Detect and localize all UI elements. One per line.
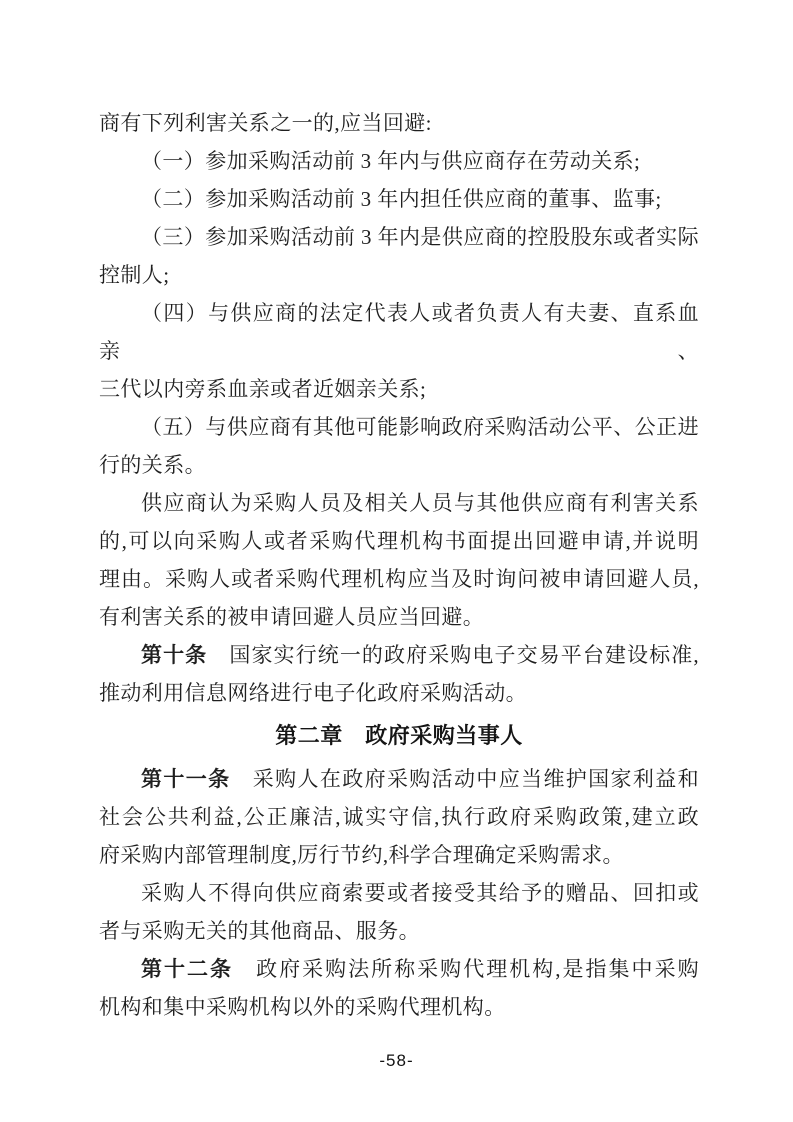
paragraph-line: 采购人不得向供应商索要或者接受其给予的赠品、回扣或 — [99, 874, 699, 912]
line-text: 商有下列利害关系之一的,应当回避: — [99, 111, 432, 135]
list-item-line: （一）参加采购活动前 3 年内与供应商存在劳动关系; — [99, 142, 699, 180]
text-line: 者与采购无关的其他商品、服务。 — [99, 912, 699, 950]
article-number: 第十二条 — [141, 957, 233, 981]
page-footer: -58- — [0, 1051, 793, 1071]
line-text: （四）与供应商的法定代表人或者负责人有夫妻、直系血亲、 — [99, 301, 699, 363]
article-line: 第十一条 采购人在政府采购活动中应当维护国家利益和 — [99, 760, 699, 798]
line-text: 行的关系。 — [99, 453, 206, 477]
line-text: 理由。采购人或者采购代理机构应当及时询问被申请回避人员, — [99, 567, 699, 591]
line-text: 机构和集中采购机构以外的采购代理机构。 — [99, 995, 506, 1019]
text-line: 理由。采购人或者采购代理机构应当及时询问被申请回避人员, — [99, 560, 699, 598]
text-line: 机构和集中采购机构以外的采购代理机构。 — [99, 988, 699, 1026]
list-item-line: （四）与供应商的法定代表人或者负责人有夫妻、直系血亲、 — [99, 294, 699, 370]
line-text: 三代以内旁系血亲或者近姻亲关系; — [99, 377, 426, 401]
paragraph-line: 供应商认为采购人员及相关人员与其他供应商有利害关系 — [99, 484, 699, 522]
document-body: 商有下列利害关系之一的,应当回避: （一）参加采购活动前 3 年内与供应商存在劳… — [99, 0, 699, 1026]
list-item-line: （二）参加采购活动前 3 年内担任供应商的董事、监事; — [99, 180, 699, 218]
line-text: 控制人; — [99, 263, 169, 287]
line-text: 国家实行统一的政府采购电子交易平台建设标准, — [207, 643, 699, 667]
line-text: （五）与供应商有其他可能影响政府采购活动公平、公正进 — [141, 415, 699, 439]
article-line: 第十条 国家实行统一的政府采购电子交易平台建设标准, — [99, 636, 699, 674]
line-text: 社会公共利益,公正廉洁,诚实守信,执行政府采购政策,建立政 — [99, 805, 699, 829]
text-line: 行的关系。 — [99, 446, 699, 484]
line-text: 采购人在政府采购活动中应当维护国家利益和 — [230, 767, 699, 791]
line-text: 府采购内部管理制度,厉行节约,科学合理确定采购需求。 — [99, 843, 624, 867]
chapter-heading: 第二章 政府采购当事人 — [99, 717, 699, 755]
line-text: 有利害关系的被申请回避人员应当回避。 — [99, 605, 484, 629]
article-number: 第十一条 — [141, 767, 230, 791]
line-text: 采购人不得向供应商索要或者接受其给予的赠品、回扣或 — [141, 881, 699, 905]
line-text: 者与采购无关的其他商品、服务。 — [99, 919, 420, 943]
text-line: 有利害关系的被申请回避人员应当回避。 — [99, 598, 699, 636]
line-text: 推动利用信息网络进行电子化政府采购活动。 — [99, 681, 527, 705]
article-line: 第十二条 政府采购法所称采购代理机构,是指集中采购 — [99, 950, 699, 988]
text-line: 推动利用信息网络进行电子化政府采购活动。 — [99, 674, 699, 712]
line-text: （一）参加采购活动前 3 年内与供应商存在劳动关系; — [141, 149, 640, 173]
text-line: 社会公共利益,公正廉洁,诚实守信,执行政府采购政策,建立政 — [99, 798, 699, 836]
text-line: 府采购内部管理制度,厉行节约,科学合理确定采购需求。 — [99, 836, 699, 874]
text-line: 的,可以向采购人或者采购代理机构书面提出回避申请,并说明 — [99, 522, 699, 560]
page-number: -58- — [379, 1051, 413, 1070]
list-item-line: （五）与供应商有其他可能影响政府采购活动公平、公正进 — [99, 408, 699, 446]
line-text: 的,可以向采购人或者采购代理机构书面提出回避申请,并说明 — [99, 529, 699, 553]
line-text: （二）参加采购活动前 3 年内担任供应商的董事、监事; — [141, 187, 662, 211]
line-text: 供应商认为采购人员及相关人员与其他供应商有利害关系 — [141, 491, 699, 515]
line-text: （三）参加采购活动前 3 年内是供应商的控股股东或者实际 — [141, 225, 699, 249]
line-text: 政府采购法所称采购代理机构,是指集中采购 — [233, 957, 699, 981]
text-line: 商有下列利害关系之一的,应当回避: — [99, 104, 699, 142]
text-line: 三代以内旁系血亲或者近姻亲关系; — [99, 370, 699, 408]
list-item-line: （三）参加采购活动前 3 年内是供应商的控股股东或者实际 — [99, 218, 699, 256]
article-number: 第十条 — [141, 643, 207, 667]
text-line: 控制人; — [99, 256, 699, 294]
document-page: 商有下列利害关系之一的,应当回避: （一）参加采购活动前 3 年内与供应商存在劳… — [0, 0, 793, 1122]
